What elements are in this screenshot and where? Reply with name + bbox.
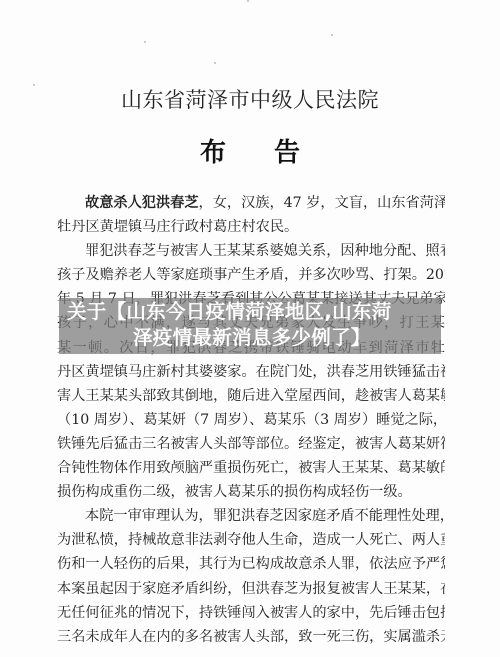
paragraph-line: 三名未成年人在内的多名被害人头部，致一死三伤，实属滥杀无 bbox=[57, 625, 445, 649]
paragraph-line: 铁锤先后猛击三名被害人头部等部位。经鉴定，被害人葛某妍符 bbox=[57, 432, 445, 456]
line-text: （10 周岁）、葛某妍（7 周岁）、葛某乐（3 周岁）睡觉之际，持 bbox=[57, 412, 445, 428]
paragraph-line: 本院一审审理认为，罪犯洪春芝因家庭矛盾不能理性处理， bbox=[57, 504, 445, 528]
paragraph-line: 为泄私愤，持械故意非法剥夺他人生命，造成一人死亡、两人重 bbox=[57, 528, 445, 552]
paragraph-line: 合钝性物体作用致颅脑严重损伤死亡，被害人王某某、葛某敏的 bbox=[57, 456, 445, 480]
scan-speck bbox=[144, 41, 146, 43]
line-text: 无任何征兆的情况下，持铁锤闯入被害人的家中，先后锤击包括 bbox=[57, 605, 445, 621]
notice-title: 布告 bbox=[0, 132, 500, 169]
line-text: 本院一审审理认为，罪犯洪春芝因家庭矛盾不能理性处理， bbox=[85, 508, 445, 524]
line-text: 铁锤先后猛击三名被害人头部等部位。经鉴定，被害人葛某妍符 bbox=[57, 436, 445, 452]
headline-line-1: 关于【山东今日疫情菏泽地区,山东菏 bbox=[59, 299, 441, 325]
scan-speck bbox=[331, 34, 333, 36]
line-text: 损伤构成重伤二级，被害人葛某乐的损伤构成轻伤一级。 bbox=[57, 484, 412, 500]
paragraph-line: 罪犯洪春芝与被害人王某某系婆媳关系，因种地分配、照看 bbox=[57, 239, 445, 263]
paragraph-line: 故意杀人犯洪春芝，女，汉族，47 岁，文盲，山东省菏泽市 bbox=[57, 191, 445, 215]
paragraph-line: 本案虽起因于家庭矛盾纠纷，但洪春芝为报复被害人王某某，在 bbox=[57, 577, 445, 601]
line-text: ，女，汉族，47 岁，文盲，山东省菏泽市 bbox=[199, 195, 445, 211]
line-text: 伤和一人轻伤的后果，其行为已构成故意杀人罪，依法应予严惩。 bbox=[57, 556, 445, 572]
notice-title-char-1: 布 bbox=[200, 138, 226, 168]
line-text: 丹区黄堽镇马庄新村其婆婆家。在院门处，洪春芝用铁锤猛击被 bbox=[57, 364, 445, 380]
line-text: 牡丹区黄堽镇马庄行政村葛庄村农民。 bbox=[57, 219, 298, 235]
paragraph-line: 无任何征兆的情况下，持铁锤闯入被害人的家中，先后锤击包括 bbox=[57, 601, 445, 625]
paragraph-line: 害人王某某头部致其倒地，随后进入堂屋西间，趁被害人葛某敏 bbox=[57, 384, 445, 408]
paragraph-line: 丹区黄堽镇马庄新村其婆婆家。在院门处，洪春芝用铁锤猛击被 bbox=[57, 360, 445, 384]
notice-body: 故意杀人犯洪春芝，女，汉族，47 岁，文盲，山东省菏泽市牡丹区黄堽镇马庄行政村葛… bbox=[57, 191, 445, 649]
line-text: 害人王某某头部致其倒地，随后进入堂屋西间，趁被害人葛某敏 bbox=[57, 388, 445, 404]
scan-speck bbox=[247, 0, 249, 2]
scan-speck bbox=[214, 62, 216, 64]
paragraph-line: （10 周岁）、葛某妍（7 周岁）、葛某乐（3 周岁）睡觉之际，持 bbox=[57, 408, 445, 432]
line-text: 罪犯洪春芝与被害人王某某系婆媳关系，因种地分配、照看 bbox=[85, 243, 445, 259]
line-text: 为泄私愤，持械故意非法剥夺他人生命，造成一人死亡、两人重 bbox=[57, 532, 445, 548]
line-text: 本案虽起因于家庭矛盾纠纷，但洪春芝为报复被害人王某某，在 bbox=[57, 581, 445, 597]
paragraph-line: 伤和一人轻伤的后果，其行为已构成故意杀人罪，依法应予严惩。 bbox=[57, 552, 445, 576]
notice-title-char-2: 告 bbox=[274, 138, 300, 168]
document-page: 山东省菏泽市中级人民法院 布告 故意杀人犯洪春芝，女，汉族，47 岁，文盲，山东… bbox=[0, 0, 500, 657]
paragraph-line: 损伤构成重伤二级，被害人葛某乐的损伤构成轻伤一级。 bbox=[57, 480, 445, 504]
line-text: 三名未成年人在内的多名被害人头部，致一死三伤，实属滥杀无 bbox=[57, 629, 445, 645]
line-text: 孩子及赡养老人等家庭琐事产生矛盾，并多次吵骂、打架。2022 bbox=[57, 267, 445, 283]
headline-line-2: 泽疫情最新消息多少例了】 bbox=[59, 325, 441, 351]
headline-overlay-title[interactable]: 关于【山东今日疫情菏泽地区,山东菏 泽疫情最新消息多少例了】 bbox=[59, 299, 441, 351]
court-name: 山东省菏泽市中级人民法院 bbox=[0, 84, 500, 114]
defendant-name: 故意杀人犯洪春芝 bbox=[85, 195, 199, 211]
paragraph-line: 孩子及赡养老人等家庭琐事产生矛盾，并多次吵骂、打架。2022 bbox=[57, 263, 445, 287]
line-text: 合钝性物体作用致颅脑严重损伤死亡，被害人王某某、葛某敏的 bbox=[57, 460, 445, 476]
paragraph-line: 牡丹区黄堽镇马庄行政村葛庄村农民。 bbox=[57, 215, 445, 239]
